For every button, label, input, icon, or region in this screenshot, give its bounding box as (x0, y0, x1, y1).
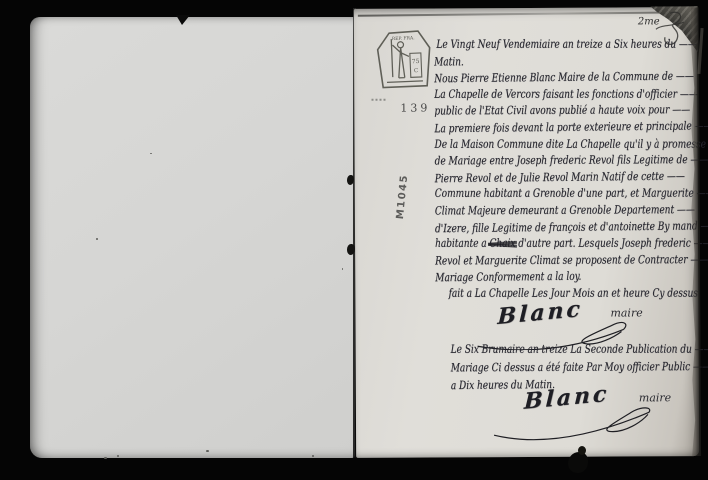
faint-pencil-mark (371, 99, 387, 101)
page-number-stamp: 139 (400, 102, 430, 115)
ink-blot (578, 446, 586, 455)
paper-speck (150, 153, 152, 154)
stamp-header-text: REP. FRA. (392, 35, 416, 42)
right-manuscript-page: REP. FRA. 75 C 2me 139 M1045 Le Vingt Ne… (354, 7, 699, 458)
manuscript-line: Pierre Revol et de Julie Revol Marin Nat… (435, 167, 708, 187)
struck-word: Chaix (489, 236, 515, 250)
paper-speck (117, 455, 119, 457)
paper-speck (312, 455, 314, 457)
stamp-figure-head (397, 42, 403, 48)
manuscript-line: Mariage Ci dessus a été faite Par Moy of… (451, 358, 708, 377)
page-stack-edge (694, 92, 696, 158)
manuscript-line: public de l'Etat Civil avons publié a ha… (434, 101, 708, 119)
revenue-stamp-icon: REP. FRA. 75 C (375, 29, 433, 91)
manuscript-line: de Mariage entre Joseph frederic Revol f… (435, 151, 708, 169)
manuscript-line: La premiere fois devant la porte exterie… (434, 117, 708, 137)
manuscript-line: habitante a Chaix d'autre part. Lesquels… (435, 235, 708, 252)
manuscript-line: d'Izere, fille Legitime de françois et d… (435, 217, 708, 237)
scanned-register-spread: REP. FRA. 75 C 2me 139 M1045 Le Vingt Ne… (0, 0, 708, 480)
left-blank-page (30, 17, 355, 458)
stamp-value-text: 75 (412, 58, 420, 65)
paper-speck (104, 457, 107, 459)
manuscript-line: Nous Pierre Etienne Blanc Maire de la Co… (434, 67, 708, 87)
manuscript-line: La Chapelle de Vercors faisant les fonct… (434, 85, 708, 102)
manuscript-line: Commune habitant a Grenoble d'une part, … (435, 185, 708, 202)
ink-blot (568, 452, 588, 473)
archive-code-stamp: M1045 (395, 163, 412, 220)
paper-speck (206, 450, 209, 452)
manuscript-paragraph-1: Le Vingt Neuf Vendemiaire an treize a Si… (434, 35, 708, 302)
manuscript-line: Le Six Brumaire an treize La Seconde Pub… (451, 341, 708, 359)
signature-title: maire (639, 391, 671, 404)
manuscript-line: Mariage Conformement a la loy. (435, 267, 708, 287)
stamp-currency-text: C (414, 68, 418, 74)
paper-speck (96, 238, 98, 240)
signature-paraph-icon (491, 404, 656, 441)
manuscript-line: Climat Majeure demeurant a Grenoble Depa… (435, 201, 708, 219)
manuscript-line: Le Vingt Neuf Vendemiaire an treize a Si… (436, 36, 708, 53)
manuscript-line: De la Maison Commune dite La Chapelle qu… (435, 135, 708, 152)
page-edge-notch (176, 15, 190, 25)
paper-speck (342, 268, 343, 270)
signature-title: maire (610, 306, 642, 319)
